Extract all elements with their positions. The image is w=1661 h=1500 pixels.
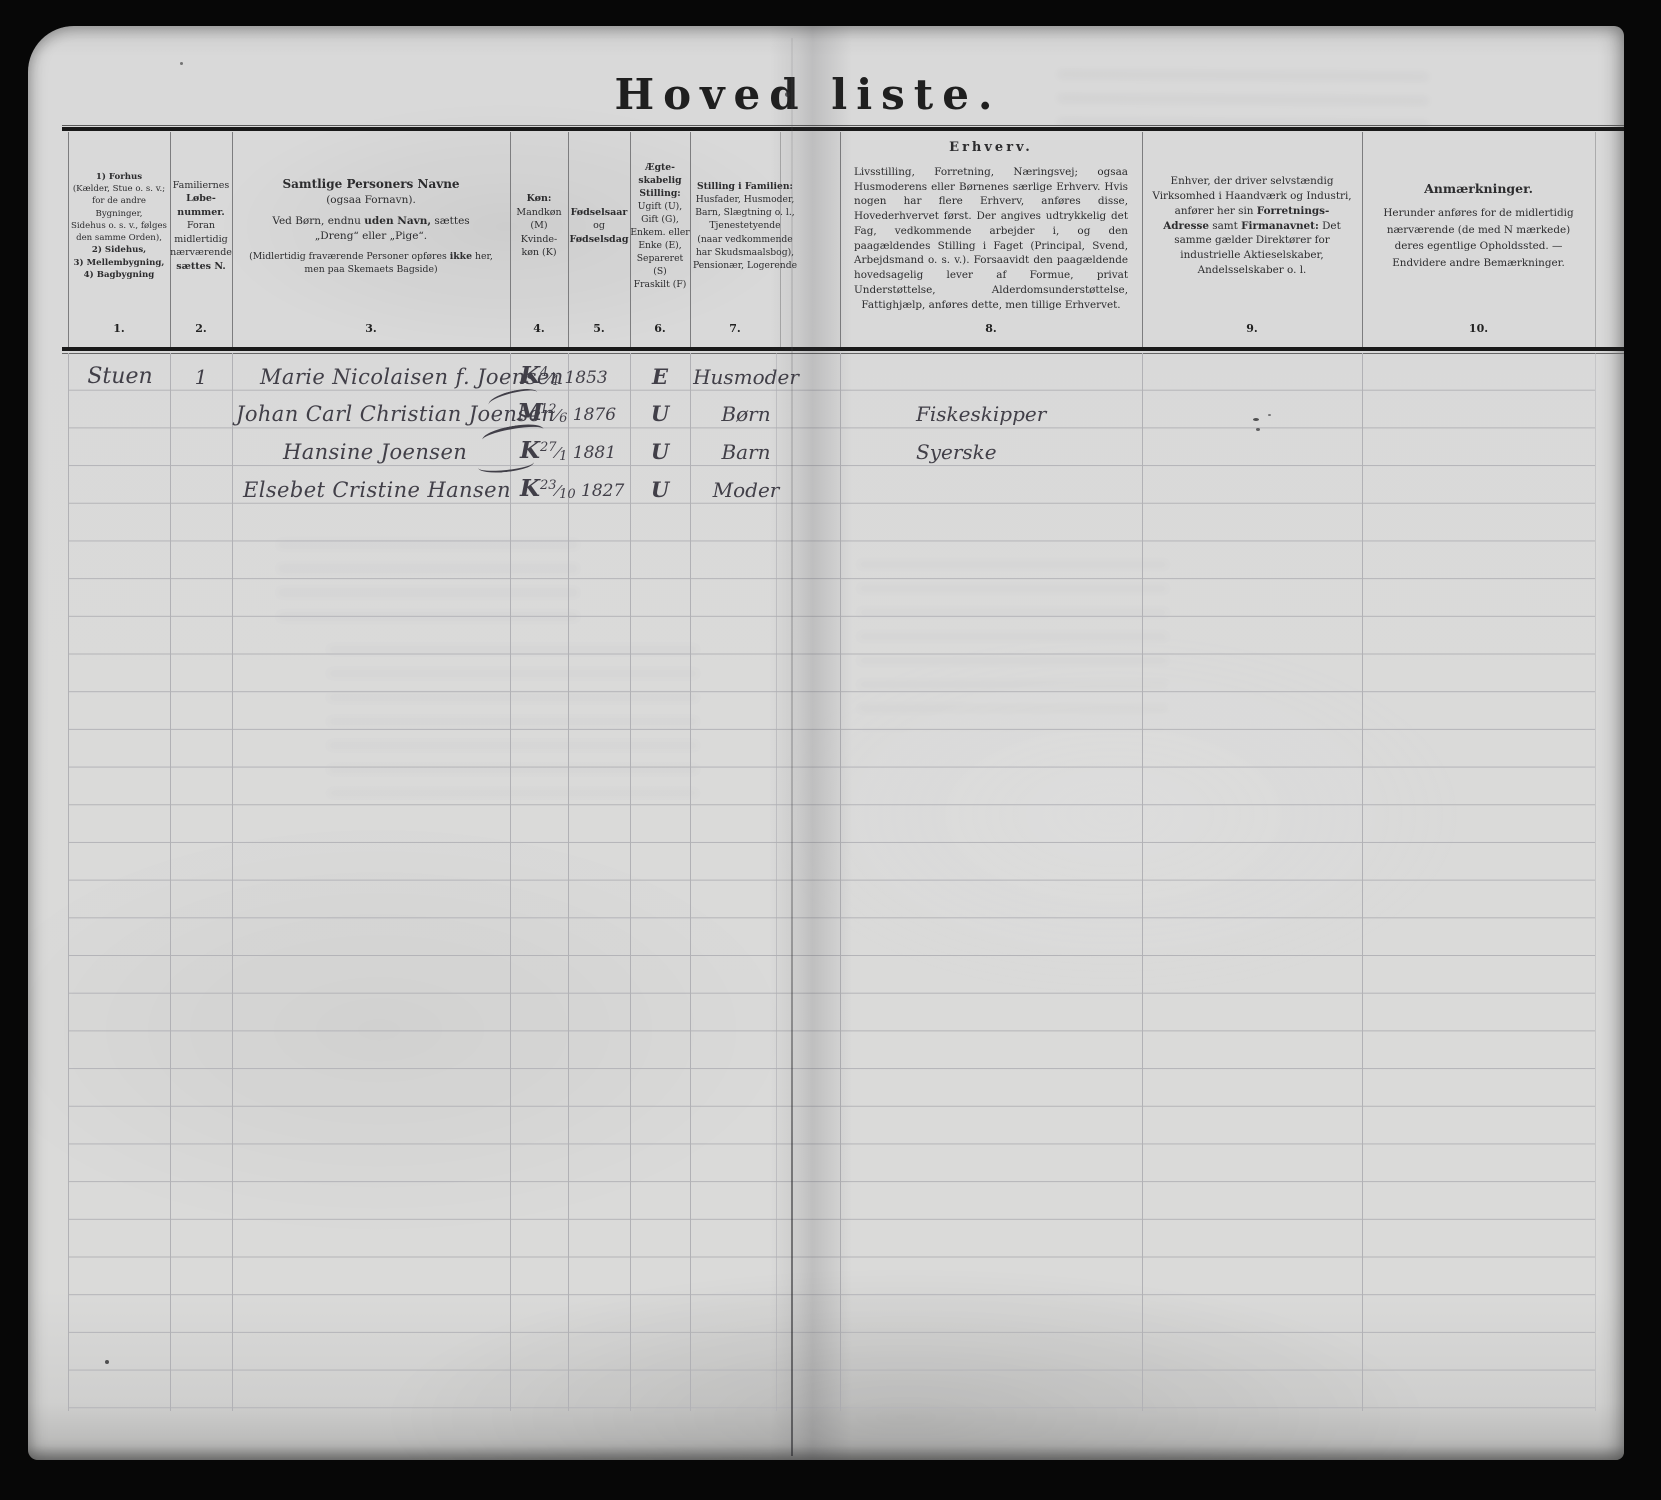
cell-marital-status: U [630, 439, 690, 464]
column-header-aegteskabelig-stilling: Ægte- skabelig Stilling: Ugift (U), Gift… [630, 132, 690, 320]
ink-speck [1268, 414, 1271, 416]
table-row: Stuen 1 Marie Nicolaisen f. Joensen K 44… [68, 359, 1595, 392]
cell-occupation: Syerske [916, 440, 1196, 464]
body-divider [232, 353, 233, 1411]
cell-occupation: Fiskeskipper [916, 402, 1196, 426]
column-number: 2. [170, 322, 232, 342]
cell-birth-date: 44 1853 [540, 365, 640, 389]
column-number: 10. [1362, 322, 1595, 342]
column-header-forretnings-adresse: Enhver, der driver selvstændig Virksomhe… [1142, 132, 1362, 320]
body-divider [1595, 353, 1596, 1411]
column-number: 7. [690, 322, 780, 342]
body-divider [170, 353, 171, 1411]
ink-speck [785, 92, 790, 97]
page-title: Hoved liste. [28, 70, 1588, 119]
column-header-koen: Køn: Mandkøn (M) Kvinde- køn (K) [510, 132, 568, 320]
body-divider [690, 353, 691, 1411]
table-row: Elsebet Cristine Hansen K 2310 1827 U Mo… [68, 472, 1595, 505]
cell-family-position: Barn [686, 440, 806, 464]
ink-speck [1256, 428, 1260, 431]
column-number: 4. [510, 322, 568, 342]
column-header-loebenummer: Familiernes Løbe- nummer. Foran midlerti… [170, 132, 232, 320]
ruled-lines [68, 353, 1595, 1411]
column-header-anmaerkninger: Anmærkninger. Herunder anføres for de mi… [1362, 132, 1595, 320]
cell-marital-status: E [630, 364, 690, 389]
ink-speck [180, 62, 183, 65]
cell-marital-status: U [630, 477, 690, 502]
table-row: Johan Carl Christian Joensen M 126 1876 … [68, 396, 1595, 429]
cell-family-position: Børn [686, 402, 806, 426]
header-top-rule-thin [62, 125, 1624, 126]
ink-speck [105, 1360, 109, 1364]
column-header-forhus: 1) Forhus (Kælder, Stue o. s. v.; for de… [68, 132, 170, 320]
column-number: 9. [1142, 322, 1362, 342]
cell-marital-status: U [630, 401, 690, 426]
ink-speck [1253, 418, 1259, 421]
cell-residence: Stuen [70, 364, 170, 389]
column-header-navne: Samtlige Personers Navne (ogsaa Fornavn)… [232, 132, 510, 320]
column-number: 1. [68, 322, 170, 342]
column-number: 5. [568, 322, 630, 342]
header-divider [1595, 132, 1596, 348]
cell-family-number: 1 [170, 365, 232, 389]
body-divider [1362, 353, 1363, 1411]
column-number: 3. [232, 322, 510, 342]
cell-birth-date: 2310 1827 [540, 478, 640, 502]
column-number: 6. [630, 322, 690, 342]
table-row: Hansine Joensen K 271 1881 U Barn Syersk… [68, 434, 1595, 467]
cell-birth-date: 271 1881 [540, 440, 640, 464]
body-divider [568, 353, 569, 1411]
column-header-stilling-i-familien: Stilling i Familien: Husfader, Husmoder,… [684, 132, 806, 320]
column-header-foedselsaar: Fødselsaar og Fødselsdag [568, 132, 630, 320]
header-top-rule [62, 127, 1624, 131]
scanned-census-page: Hoved liste. 1) Forhus (Kælder, Stue o. … [0, 0, 1661, 1500]
cell-name: Elsebet Cristine Hansen [243, 478, 511, 502]
cell-family-position: Moder [686, 478, 806, 502]
cell-birth-date: 126 1876 [540, 402, 640, 426]
body-divider [630, 353, 631, 1411]
body-divider [776, 353, 777, 1411]
header-bottom-rule [62, 347, 1624, 351]
cell-name: Hansine Joensen [283, 440, 467, 464]
column-number: 8. [840, 322, 1142, 342]
paper-sheet: Hoved liste. 1) Forhus (Kælder, Stue o. … [28, 26, 1624, 1460]
body-divider [510, 353, 511, 1411]
cell-family-position: Husmoder [686, 365, 806, 389]
body-divider [68, 353, 69, 1411]
body-divider [1142, 353, 1143, 1411]
body-divider [840, 353, 841, 1411]
column-header-erhverv: Erhverv. Livsstilling, Forretning, Nærin… [840, 132, 1142, 320]
